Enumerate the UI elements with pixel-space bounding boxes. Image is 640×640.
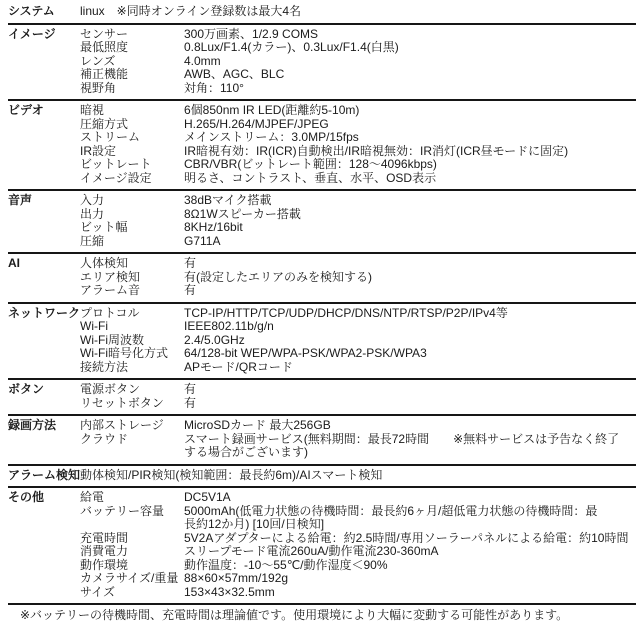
spec-label-cell: 補正機能 [80, 68, 184, 82]
spec-value-cell: G711A [184, 235, 636, 249]
table-row: 消費電力スリープモード電流260uA/動作電流230-360mA [8, 545, 636, 559]
category-cell [8, 347, 80, 361]
spec-label-cell: イメージ設定 [80, 172, 184, 186]
category-cell [8, 131, 80, 145]
spec-value-cell: 4.0mm [184, 55, 636, 69]
spec-value-cell: 300万画素、1/2.9 COMS [184, 28, 636, 42]
table-row: AI人体検知有 [8, 257, 636, 271]
spec-label-cell: 圧縮 [80, 235, 184, 249]
spec-value-cell: 対角：110° [184, 82, 636, 96]
category-cell: AI [8, 257, 80, 271]
spec-label-cell: ストリーム [80, 131, 184, 145]
table-row: 圧縮G711A [8, 235, 636, 249]
category-cell [8, 334, 80, 348]
table-row: Wi-Fi暗号化方式64/128-bit WEP/WPA-PSK/WPA2-PS… [8, 347, 636, 361]
spec-section: ボタン電源ボタン有リセットボタン有 [8, 380, 636, 416]
spec-label-cell: ビット幅 [80, 221, 184, 235]
category-cell: ボタン [8, 383, 80, 397]
spec-label-cell: 出力 [80, 208, 184, 222]
spec-section: ネットワークプロトコルTCP-IP/HTTP/TCP/UDP/DHCP/DNS/… [8, 304, 636, 381]
table-row: ビデオ暗視6個850nm IR LED(距離約5-10m) [8, 104, 636, 118]
spec-label-cell: Wi-Fi [80, 320, 184, 334]
spec-value-cell: TCP-IP/HTTP/TCP/UDP/DHCP/DNS/NTP/RTSP/P2… [184, 307, 636, 321]
spec-section: その他給電DC5V1Aバッテリー容量5000mAh(低電力状態の待機時間：最長約… [8, 488, 636, 605]
category-cell [8, 505, 80, 532]
category-cell [8, 320, 80, 334]
category-cell [8, 235, 80, 249]
category-cell: システム [8, 5, 80, 19]
spec-value-cell: IR暗視有効：IR(ICR)自動検出/IR暗視無効：IR消灯(ICR昼モードに固… [184, 145, 636, 159]
table-row: ボタン電源ボタン有 [8, 383, 636, 397]
table-row: ネットワークプロトコルTCP-IP/HTTP/TCP/UDP/DHCP/DNS/… [8, 307, 636, 321]
spec-value-cell: 8Ω1Wスピーカー搭載 [184, 208, 636, 222]
spec-section: 音声入力38dBマイク搭載出力8Ω1Wスピーカー搭載ビット幅8KHz/16bit… [8, 191, 636, 254]
table-row: クラウドスマート録画サービス(無料期間：最長72時間 ※無料サービスは予告なく終… [8, 433, 636, 460]
table-row: イメージ設定明るさ、コントラスト、垂直、水平、OSD表示 [8, 172, 636, 186]
spec-section: システムlinux ※同時オンライン登録数は最大4名 [8, 2, 636, 25]
spec-value-cell: 64/128-bit WEP/WPA-PSK/WPA2-PSK/WPA3 [184, 347, 636, 361]
category-cell [8, 55, 80, 69]
table-row: エリア検知有(設定したエリアのみを検知する) [8, 271, 636, 285]
category-cell [8, 586, 80, 600]
spec-value-cell: MicroSDカード 最大256GB [184, 419, 636, 433]
table-row: 出力8Ω1Wスピーカー搭載 [8, 208, 636, 222]
spec-value-cell: メインストリーム：3.0MP/15fps [184, 131, 636, 145]
category-cell [8, 41, 80, 55]
table-row: 動作環境動作温度：-10〜55℃/動作湿度＜90% [8, 559, 636, 573]
spec-value-cell: 明るさ、コントラスト、垂直、水平、OSD表示 [184, 172, 636, 186]
spec-label-cell: ビットレート [80, 158, 184, 172]
spec-label-cell: 内部ストレージ [80, 419, 184, 433]
category-cell: イメージ [8, 28, 80, 42]
footnote: ※バッテリーの待機時間、充電時間は理論値です。使用環境により大幅に変動する可能性… [8, 605, 636, 623]
spec-label-cell: サイズ [80, 586, 184, 600]
table-row: バッテリー容量5000mAh(低電力状態の待機時間：最長約6ヶ月/超低電力状態の… [8, 505, 636, 532]
category-cell: その他 [8, 491, 80, 505]
category-cell: 音声 [8, 194, 80, 208]
table-row: アラーム検知動体検知/PIR検知(検知範囲：最長約6m)/AIスマート検知 [8, 469, 636, 483]
spec-label-cell: アラーム音 [80, 284, 184, 298]
spec-value-cell: 0.8Lux/F1.4(カラー)、0.3Lux/F1.4(白黒) [184, 41, 636, 55]
spec-value-cell: DC5V1A [184, 491, 636, 505]
spec-value-cell: 38dBマイク搭載 [184, 194, 636, 208]
category-cell: アラーム検知 [8, 469, 80, 483]
spec-value-cell: 5000mAh(低電力状態の待機時間：最長約6ヶ月/超低電力状態の待機時間：最 … [184, 505, 636, 532]
table-row: 圧縮方式H.265/H.264/MJPEF/JPEG [8, 118, 636, 132]
category-cell [8, 82, 80, 96]
spec-label-cell: バッテリー容量 [80, 505, 184, 532]
spec-value-cell: CBR/VBR(ビットレート範囲：128〜4096kbps) [184, 158, 636, 172]
table-row: Wi-Fi周波数2.4/5.0GHz [8, 334, 636, 348]
table-row: ストリームメインストリーム：3.0MP/15fps [8, 131, 636, 145]
spec-label-cell: 入力 [80, 194, 184, 208]
table-row: ビット幅8KHz/16bit [8, 221, 636, 235]
table-row: ビットレートCBR/VBR(ビットレート範囲：128〜4096kbps) [8, 158, 636, 172]
spec-label-cell: センサー [80, 28, 184, 42]
category-cell [8, 68, 80, 82]
spec-label-cell: Wi-Fi周波数 [80, 334, 184, 348]
table-row: サイズ153×43×32.5mm [8, 586, 636, 600]
spec-value-cell: 有 [184, 284, 636, 298]
spec-label-cell: プロトコル [80, 307, 184, 321]
category-cell [8, 433, 80, 460]
spec-value-cell: 有 [184, 257, 636, 271]
table-row: 充電時間5V2Aアダプターによる給電：約2.5時間/専用ソーラーパネルによる給電… [8, 532, 636, 546]
category-cell [8, 158, 80, 172]
table-row: 音声入力38dBマイク搭載 [8, 194, 636, 208]
spec-value-cell: 5V2Aアダプターによる給電：約2.5時間/専用ソーラーパネルによる給電：約10… [184, 532, 636, 546]
spec-value-cell: 88×60×57mm/192g [184, 572, 636, 586]
spec-value-cell: 8KHz/16bit [184, 221, 636, 235]
spec-label-cell: 消費電力 [80, 545, 184, 559]
table-row: 録画方法内部ストレージMicroSDカード 最大256GB [8, 419, 636, 433]
spec-value-cell: 6個850nm IR LED(距離約5-10m) [184, 104, 636, 118]
spec-label-cell: 人体検知 [80, 257, 184, 271]
spec-value-cell: 有(設定したエリアのみを検知する) [184, 271, 636, 285]
table-row: リセットボタン有 [8, 397, 636, 411]
spec-value-cell: 有 [184, 397, 636, 411]
table-row: 最低照度0.8Lux/F1.4(カラー)、0.3Lux/F1.4(白黒) [8, 41, 636, 55]
spec-label-cell: 電源ボタン [80, 383, 184, 397]
category-cell [8, 545, 80, 559]
table-row: 視野角対角：110° [8, 82, 636, 96]
spec-label-cell: IR設定 [80, 145, 184, 159]
spec-label-cell: レンズ [80, 55, 184, 69]
category-cell [8, 559, 80, 573]
spec-label-cell: 暗視 [80, 104, 184, 118]
spec-label-cell: 視野角 [80, 82, 184, 96]
spec-value-cell: 2.4/5.0GHz [184, 334, 636, 348]
category-cell [8, 397, 80, 411]
category-cell: ビデオ [8, 104, 80, 118]
spec-value-cell: 153×43×32.5mm [184, 586, 636, 600]
category-cell [8, 118, 80, 132]
spec-value-cell: linux ※同時オンライン登録数は最大4名 [80, 5, 636, 19]
table-row: その他給電DC5V1A [8, 491, 636, 505]
spec-section: AI人体検知有エリア検知有(設定したエリアのみを検知する)アラーム音有 [8, 254, 636, 304]
spec-value-cell: スリープモード電流260uA/動作電流230-360mA [184, 545, 636, 559]
table-row: Wi-FiIEEE802.11b/g/n [8, 320, 636, 334]
category-cell [8, 572, 80, 586]
spec-section: 録画方法内部ストレージMicroSDカード 最大256GBクラウドスマート録画サ… [8, 416, 636, 466]
category-cell [8, 172, 80, 186]
spec-section: ビデオ暗視6個850nm IR LED(距離約5-10m)圧縮方式H.265/H… [8, 101, 636, 191]
spec-label-cell: 給電 [80, 491, 184, 505]
table-row: IR設定IR暗視有効：IR(ICR)自動検出/IR暗視無効：IR消灯(ICR昼モ… [8, 145, 636, 159]
spec-label-cell: リセットボタン [80, 397, 184, 411]
table-row: 接続方法APモード/QRコード [8, 361, 636, 375]
spec-value-cell: 動作温度：-10〜55℃/動作湿度＜90% [184, 559, 636, 573]
spec-label-cell: クラウド [80, 433, 184, 460]
category-cell [8, 361, 80, 375]
category-cell [8, 271, 80, 285]
table-row: システムlinux ※同時オンライン登録数は最大4名 [8, 5, 636, 19]
spec-label-cell: 動作環境 [80, 559, 184, 573]
category-cell [8, 221, 80, 235]
spec-sheet: システムlinux ※同時オンライン登録数は最大4名イメージセンサー300万画素… [0, 0, 640, 640]
spec-label-cell: Wi-Fi暗号化方式 [80, 347, 184, 361]
spec-label-cell: 最低照度 [80, 41, 184, 55]
spec-table: システムlinux ※同時オンライン登録数は最大4名イメージセンサー300万画素… [8, 2, 636, 605]
spec-label-cell: 接続方法 [80, 361, 184, 375]
spec-label-cell: エリア検知 [80, 271, 184, 285]
category-cell: ネットワーク [8, 307, 80, 321]
spec-value-cell: APモード/QRコード [184, 361, 636, 375]
spec-label-cell: 充電時間 [80, 532, 184, 546]
table-row: アラーム音有 [8, 284, 636, 298]
category-cell [8, 532, 80, 546]
table-row: カメラサイズ/重量88×60×57mm/192g [8, 572, 636, 586]
category-cell [8, 208, 80, 222]
spec-value-cell: 有 [184, 383, 636, 397]
category-cell: 録画方法 [8, 419, 80, 433]
spec-value-cell: H.265/H.264/MJPEF/JPEG [184, 118, 636, 132]
category-cell [8, 284, 80, 298]
spec-label-cell: 圧縮方式 [80, 118, 184, 132]
spec-section: アラーム検知動体検知/PIR検知(検知範囲：最長約6m)/AIスマート検知 [8, 466, 636, 489]
spec-label-cell: カメラサイズ/重量 [80, 572, 184, 586]
category-cell [8, 145, 80, 159]
table-row: 補正機能AWB、AGC、BLC [8, 68, 636, 82]
table-row: イメージセンサー300万画素、1/2.9 COMS [8, 28, 636, 42]
spec-value-cell: IEEE802.11b/g/n [184, 320, 636, 334]
spec-section: イメージセンサー300万画素、1/2.9 COMS最低照度0.8Lux/F1.4… [8, 25, 636, 102]
table-row: レンズ4.0mm [8, 55, 636, 69]
spec-value-cell: スマート録画サービス(無料期間：最長72時間 ※無料サービスは予告なく終了 する… [184, 433, 636, 460]
spec-value-cell: 動体検知/PIR検知(検知範囲：最長約6m)/AIスマート検知 [80, 469, 636, 483]
spec-value-cell: AWB、AGC、BLC [184, 68, 636, 82]
